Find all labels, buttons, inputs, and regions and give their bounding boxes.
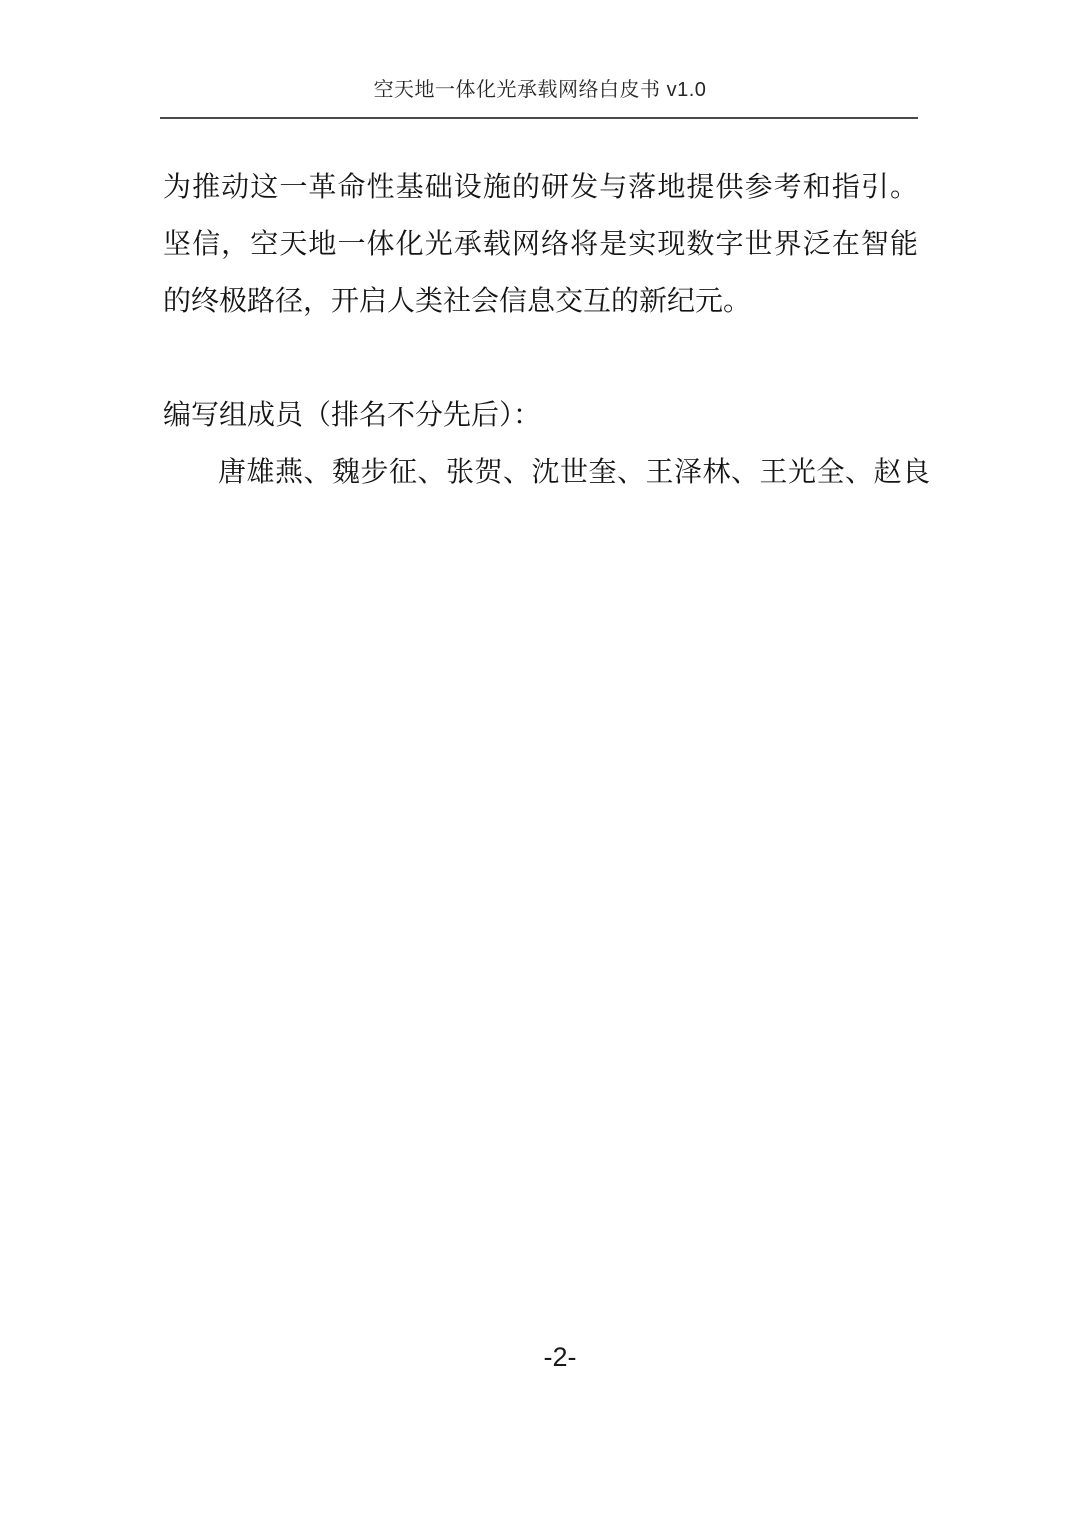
header-divider-line bbox=[160, 117, 918, 119]
page-number: -2- bbox=[0, 1340, 1080, 1374]
members-names-list: 唐雄燕、魏步征、张贺、沈世奎、王泽林、王光全、赵良 bbox=[218, 443, 931, 500]
intro-paragraph: 为推动这一革命性基础设施的研发与落地提供参考和指引。我们 坚信，空天地一体化光承… bbox=[163, 158, 918, 329]
paragraph-line-2: 坚信，空天地一体化光承载网络将是实现数字世界泛在智能连接 bbox=[163, 215, 918, 272]
paragraph-line-1: 为推动这一革命性基础设施的研发与落地提供参考和指引。我们 bbox=[163, 158, 918, 215]
paragraph-line-3: 的终极路径，开启人类社会信息交互的新纪元。 bbox=[163, 272, 918, 329]
document-header-title: 空天地一体化光承载网络白皮书 v1.0 bbox=[0, 76, 1080, 104]
document-page: 空天地一体化光承载网络白皮书 v1.0 为推动这一革命性基础设施的研发与落地提供… bbox=[0, 0, 1080, 1527]
members-section-heading: 编写组成员（排名不分先后）： bbox=[163, 386, 541, 443]
